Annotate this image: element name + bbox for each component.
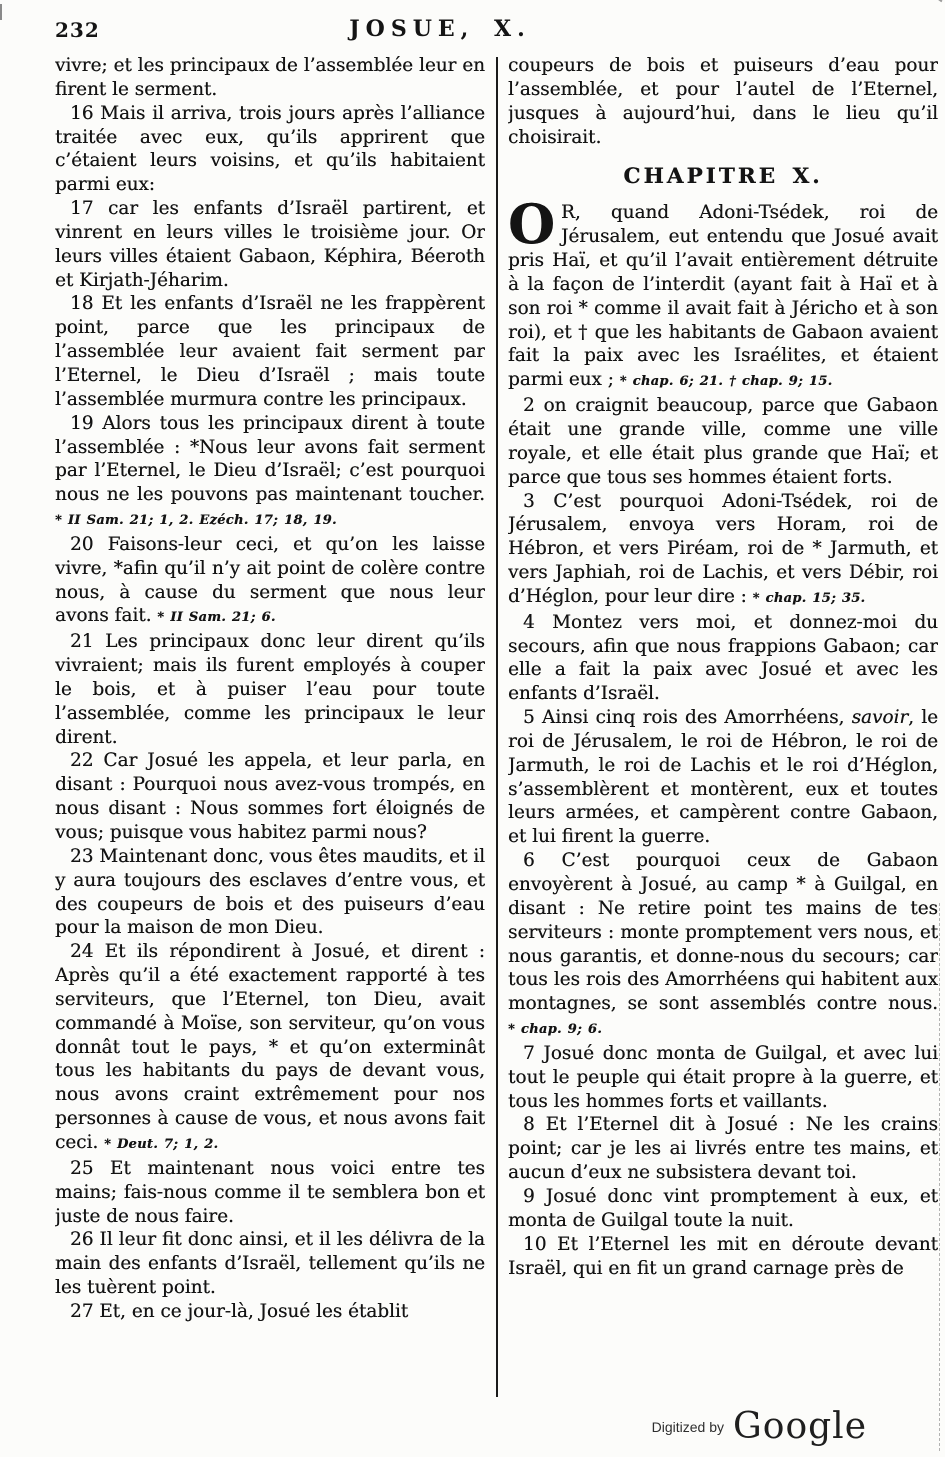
google-logo: Google bbox=[733, 1409, 867, 1445]
cross-reference: Ezéch. 17; 18, 19. bbox=[199, 513, 337, 528]
verse-9: 9 Josué donc vint promptement à eux, et … bbox=[508, 1185, 938, 1233]
verse-27: 27 Et, en ce jour-là, Josué les établit bbox=[55, 1300, 485, 1324]
text-area: vivre; et les principaux de l’assemblée … bbox=[55, 54, 938, 1407]
verse-text: 22 Car Josué les appela, et leur parla, … bbox=[55, 750, 485, 843]
verse-text: 4 Montez vers moi, et donnez-moi du seco… bbox=[508, 612, 938, 705]
drop-cap: O bbox=[508, 204, 555, 245]
verse-text: 7 Josué donc monta de Guilgal, et avec l… bbox=[508, 1043, 938, 1112]
cross-reference: * Deut. 7; 1, 2. bbox=[104, 1137, 218, 1152]
column-divider-rule bbox=[496, 57, 498, 1397]
verse-3: 3 C’est pourquoi Adoni-Tsédek, roi de Jé… bbox=[508, 490, 938, 611]
verse-10: 10 Et l’Eternel les mit en déroute devan… bbox=[508, 1233, 938, 1281]
cross-reference: * II Sam. 21; 6. bbox=[157, 610, 275, 625]
verse-8: 8 Et l’Eternel dit à Josué : Ne les crai… bbox=[508, 1113, 938, 1185]
verse-text: coupeurs de bois et puiseurs d’eau pour … bbox=[508, 55, 938, 148]
verse-26: 26 Il leur fit donc ainsi, et il les dél… bbox=[55, 1228, 485, 1300]
digitized-by-label: Digitized by bbox=[652, 1419, 724, 1435]
scan-artifact-right-edge bbox=[939, 903, 940, 1451]
verse-text: 10 Et l’Eternel les mit en déroute devan… bbox=[508, 1234, 938, 1279]
verse-25: 25 Et maintenant nous voici entre tes ma… bbox=[55, 1157, 485, 1229]
cross-reference: * chap. 15; 35. bbox=[753, 591, 866, 606]
verse-text: 19 Alors tous les principaux dirent à to… bbox=[55, 413, 485, 506]
cross-reference: † chap. 9; 15. bbox=[729, 374, 832, 389]
verse-1: OR, quand Adoni-Tsédek, roi de Jérusalem… bbox=[508, 201, 938, 394]
verse-23: 23 Maintenant donc, vous êtes maudits, e… bbox=[55, 845, 485, 940]
verse-text: 8 Et l’Eternel dit à Josué : Ne les crai… bbox=[508, 1114, 938, 1183]
verse-text: 23 Maintenant donc, vous êtes maudits, e… bbox=[55, 846, 485, 939]
footer-watermark: Digitized by Google bbox=[652, 1409, 867, 1445]
verse-15-cont: vivre; et les principaux de l’assemblée … bbox=[55, 54, 485, 102]
verse-text: vivre; et les principaux de l’assemblée … bbox=[55, 55, 485, 100]
verse-text: 5 Ainsi cinq rois des Amorrhéens, bbox=[523, 707, 852, 728]
cross-reference: * chap. 6; 21. bbox=[620, 374, 723, 389]
verse-6: 6 C’est pourquoi ceux de Gabaon envoyère… bbox=[508, 849, 938, 1042]
verse-text: 2 on craignit beaucoup, parce que Gabaon… bbox=[508, 395, 938, 488]
verse-text: 3 C’est pourquoi Adoni-Tsédek, roi de Jé… bbox=[508, 491, 938, 607]
verse-24: 24 Et ils répondirent à Josué, et dirent… bbox=[55, 940, 485, 1157]
verse-21: 21 Les principaux donc leur dirent qu’il… bbox=[55, 630, 485, 749]
cross-reference: * chap. 9; 6. bbox=[508, 1022, 602, 1037]
cross-reference: * II Sam. 21; 1, 2. bbox=[55, 513, 193, 528]
verse-17: 17 car les enfants d’Israël partirent, e… bbox=[55, 197, 485, 292]
verse-text: 17 car les enfants d’Israël partirent, e… bbox=[55, 198, 485, 291]
running-title: JOSUE, X. bbox=[0, 16, 880, 42]
verse-text: 24 Et ils répondirent à Josué, et dirent… bbox=[55, 941, 485, 1153]
verse-text: , le roi de Jérusalem, le roi de Hébron,… bbox=[508, 707, 938, 847]
verse-text: 16 Mais il arriva, trois jours après l’a… bbox=[55, 103, 485, 196]
verse-4: 4 Montez vers moi, et donnez-moi du seco… bbox=[508, 611, 938, 706]
verse-2: 2 on craignit beaucoup, parce que Gabaon… bbox=[508, 394, 938, 489]
verse-text: savoir bbox=[852, 707, 909, 728]
verse-22: 22 Car Josué les appela, et leur parla, … bbox=[55, 749, 485, 844]
verse-18: 18 Et les enfants d’Israël ne les frappè… bbox=[55, 292, 485, 411]
verse-text: 21 Les principaux donc leur dirent qu’il… bbox=[55, 631, 485, 747]
verse-7: 7 Josué donc monta de Guilgal, et avec l… bbox=[508, 1042, 938, 1114]
verse-5: 5 Ainsi cinq rois des Amorrhéens, savoir… bbox=[508, 706, 938, 849]
right-column: coupeurs de bois et puiseurs d’eau pour … bbox=[508, 54, 938, 1407]
verse-text: 25 Et maintenant nous voici entre tes ma… bbox=[55, 1158, 485, 1227]
verse-20: 20 Faisons-leur ceci, et qu’on les laiss… bbox=[55, 533, 485, 630]
verse-text: 6 C’est pourquoi ceux de Gabaon envoyère… bbox=[508, 850, 938, 1014]
verse-text: 27 Et, en ce jour-là, Josué les établit bbox=[70, 1301, 408, 1322]
verse-text: R, quand Adoni-Tsédek, roi de Jérusalem,… bbox=[508, 202, 938, 390]
verse-text: 26 Il leur fit donc ainsi, et il les dél… bbox=[55, 1229, 485, 1298]
verse-27-cont: coupeurs de bois et puiseurs d’eau pour … bbox=[508, 54, 938, 149]
verse-text: 18 Et les enfants d’Israël ne les frappè… bbox=[55, 293, 485, 409]
verse-16: 16 Mais il arriva, trois jours après l’a… bbox=[55, 102, 485, 197]
chapter-heading-x: CHAPITRE X. bbox=[508, 164, 938, 189]
scanned-book-page: { "page": { "number": "232", "running_ti… bbox=[0, 0, 945, 1457]
verse-19: 19 Alors tous les principaux dirent à to… bbox=[55, 412, 485, 533]
verse-text: 9 Josué donc vint promptement à eux, et … bbox=[508, 1186, 938, 1231]
scan-artifact-top-right bbox=[932, 0, 943, 2]
left-column: vivre; et les principaux de l’assemblée … bbox=[55, 54, 485, 1407]
